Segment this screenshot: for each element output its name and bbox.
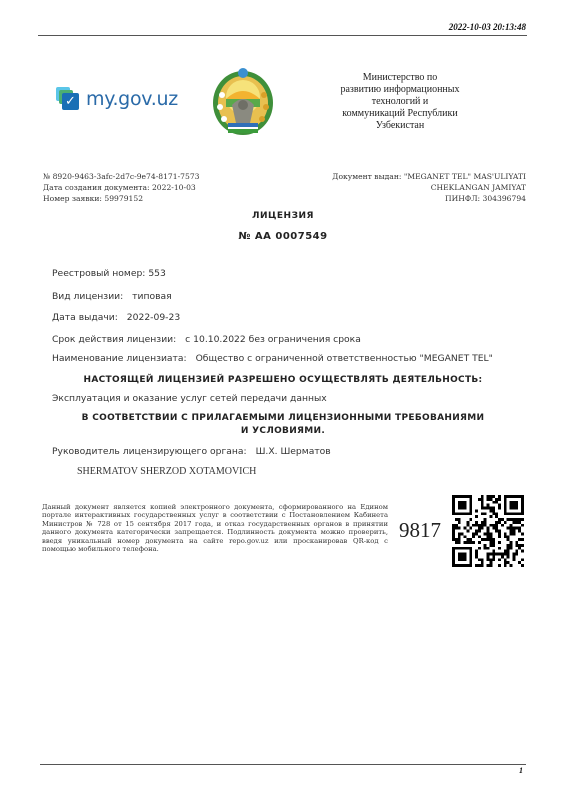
field-license-type: Вид лицензии: типовая: [52, 291, 172, 302]
field-value: с 10.10.2022 без ограничения срока: [185, 334, 361, 345]
field-registry-number: Реестровый номер: 553: [52, 268, 166, 279]
field-label: Дата выдачи:: [52, 312, 118, 323]
issued-to-line: CHEKLANGAN JAMIYAT: [332, 182, 526, 193]
bottom-divider: [40, 764, 526, 765]
field-value: 553: [148, 268, 166, 279]
field-value: 2022-09-23: [127, 312, 180, 323]
signer-name: SHERMATOV SHERZOD XOTAMOVICH: [77, 466, 256, 477]
field-value: типовая: [132, 291, 172, 302]
field-issue-date: Дата выдачи: 2022-09-23: [52, 312, 180, 323]
qr-code-icon[interactable]: [452, 495, 524, 567]
creation-date: Дата создания документа: 2022-10-03: [43, 182, 199, 193]
page-number: 1: [519, 766, 523, 775]
request-number: Номер заявки: 59979152: [43, 193, 199, 204]
ministry-line: развитию информационных: [330, 84, 470, 96]
field-value: Ш.Х. Шерматов: [256, 446, 331, 457]
ministry-line: коммуникаций Республики: [330, 108, 470, 120]
issued-to: Документ выдан: "MEGANET TEL" MAS'ULIYAT…: [332, 171, 526, 204]
ministry-name: Министерство по развитию информационных …: [330, 72, 470, 132]
ministry-line: Министерство по: [330, 72, 470, 84]
issued-to-line: Документ выдан: "MEGANET TEL" MAS'ULIYAT…: [332, 171, 526, 182]
license-authority-head: Руководитель лицензирующего органа: Ш.Х.…: [52, 446, 331, 457]
field-validity: Срок действия лицензии: с 10.10.2022 без…: [52, 334, 361, 345]
requirements-note: В СООТВЕТСТВИИ С ПРИЛАГАЕМЫМИ ЛИЦЕНЗИОНН…: [80, 412, 486, 438]
top-divider: [38, 35, 527, 36]
field-label: Наименование лицензиата:: [52, 353, 187, 364]
license-number: № AA 0007549: [0, 231, 566, 242]
license-title: ЛИЦЕНЗИЯ: [0, 211, 566, 221]
timestamp: 2022-10-03 20:13:48: [449, 22, 526, 32]
ministry-line: Узбекистан: [330, 120, 470, 132]
document-id: № 8920-9463-3afc-2d7c-9e74-8171-7573: [43, 171, 199, 182]
ministry-line: технологий и: [330, 96, 470, 108]
document-meta: № 8920-9463-3afc-2d7c-9e74-8171-7573 Дат…: [43, 171, 199, 204]
logo-text: my.gov.uz: [86, 88, 178, 110]
field-value: Общество с ограниченной ответственностью…: [196, 353, 493, 364]
activity: Эксплуатация и оказание услуг сетей пере…: [52, 393, 327, 404]
permitted-heading: НАСТОЯЩЕЙ ЛИЦЕНЗИЕЙ РАЗРЕШЕНО ОСУЩЕСТВЛЯ…: [40, 374, 526, 387]
field-licensee: Наименование лицензиата: Общество с огра…: [52, 353, 493, 364]
field-label: Срок действия лицензии:: [52, 334, 176, 345]
field-label: Вид лицензии:: [52, 291, 123, 302]
qr-number: 9817: [399, 518, 441, 543]
authenticity-notice: Данный документ является копией электрон…: [42, 503, 388, 553]
field-label: Руководитель лицензирующего органа:: [52, 446, 247, 457]
field-label: Реестровый номер:: [52, 268, 145, 279]
mygov-logo: ✓ my.gov.uz: [56, 87, 178, 111]
pinfl: ПИНФЛ: 304396794: [332, 193, 526, 204]
checkbox-logo-icon: ✓: [56, 87, 80, 111]
state-emblem-icon: [210, 65, 276, 137]
